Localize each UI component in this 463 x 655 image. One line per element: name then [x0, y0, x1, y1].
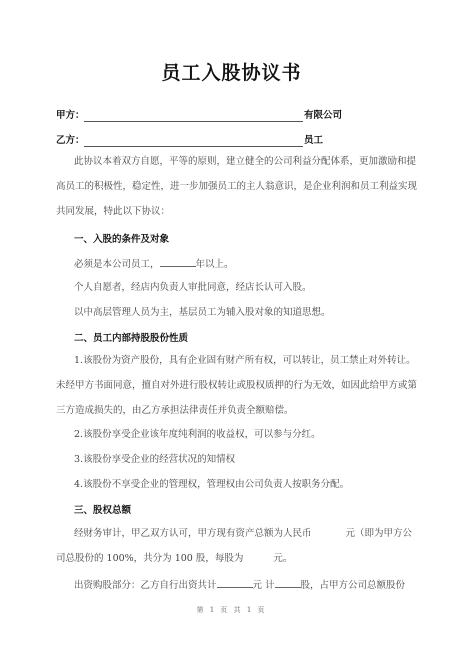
section-2-p1-line-2: 未经甲方书面同意，擅自对外进行股权转让或股权质押的行为无效，如因此给甲方或第	[56, 379, 417, 393]
per-share-suffix: 元。	[273, 553, 292, 564]
section-1-item-3: 以中高层管理人员为主，基层员工为辅入股对象的知道思想。	[74, 306, 331, 320]
section-2-p4: 4.该股份不享受企业的管理权，管理权由公司负责人按职务分配。	[74, 478, 349, 492]
document-page: 员工入股协议书 甲方： 有限公司 乙方： 员工 此协议本着双方自愿，平等的原则，…	[0, 0, 463, 655]
section-3-p1-line-1: 经财务审计，甲乙双方认可，甲方现有资产总额为人民币元（即为甲方公	[74, 527, 412, 541]
section-1-item-1: 必须是本公司员工，年以上。	[74, 256, 234, 272]
section-1-item-1-before: 必须是本公司员工，	[74, 259, 160, 270]
section-2-p3: 3.该股份享受企业的经营状况的知情权	[74, 453, 235, 467]
party-b-blank-line	[84, 146, 303, 147]
purchase-mid: 元 计	[253, 580, 275, 591]
section-1-item-1-after: 年以上。	[196, 259, 234, 270]
purchase-amount-blank	[217, 577, 253, 588]
section-3-heading: 三、股权总额	[74, 502, 131, 516]
document-title: 员工入股协议书	[0, 58, 463, 85]
intro-line-3: 共同发展，特此以下协议：	[56, 205, 170, 219]
section-1-item-2: 个人自愿者，经店内负责人审批同意，经店长认可入股。	[74, 281, 312, 295]
total-assets-text: 经财务审计，甲乙双方认可，甲方现有资产总额为人民币	[74, 528, 312, 539]
section-2-p1-line-3: 三方造成损失的，由乙方承担法律责任并负责全额赔偿。	[56, 404, 294, 418]
party-a-label: 甲方：	[56, 109, 85, 123]
purchase-suffix: 股，占甲方公司总额股份	[301, 580, 406, 591]
section-3-p1-line-2: 司总股份的 100%，共分为 100 股，每股为元。	[56, 552, 292, 566]
per-share-text: 司总股份的 100%，共分为 100 股，每股为	[56, 553, 243, 564]
section-2-p2: 2.该股份享受企业该年度纯利润的收益权，可以参与分红。	[74, 428, 321, 442]
purchase-text: 出资购股部分：乙方自行出资共计	[74, 580, 217, 591]
party-b-suffix: 员工	[304, 134, 323, 148]
total-assets-suffix: 元（即为甲方公	[346, 528, 413, 539]
section-2-heading: 二、员工内部持股股份性质	[74, 330, 188, 344]
years-blank-line	[160, 256, 196, 267]
party-a-suffix: 有限公司	[304, 109, 342, 123]
purchase-shares-blank	[275, 577, 301, 588]
party-a-blank-line	[84, 121, 303, 122]
intro-line-1: 此协议本着双方自愿，平等的原则，建立健全的公司利益分配体系，更加激励和提	[74, 155, 416, 169]
page-footer: 第 1 页 共 1 页	[0, 605, 463, 615]
party-b-label: 乙方：	[56, 134, 85, 148]
intro-line-2: 高员工的积极性，稳定性，进一步加强员工的主人翁意识，是企业利润和员工利益实现	[56, 180, 417, 194]
section-3-p2: 出资购股部分：乙方自行出资共计元 计股，占甲方公司总额股份	[74, 577, 405, 593]
section-2-p1-line-1: 1.该股份为资产股份，具有企业固有财产所有权，可以转让，员工禁止对外转让。	[74, 354, 416, 368]
section-1-heading: 一、入股的条件及对象	[74, 231, 169, 245]
